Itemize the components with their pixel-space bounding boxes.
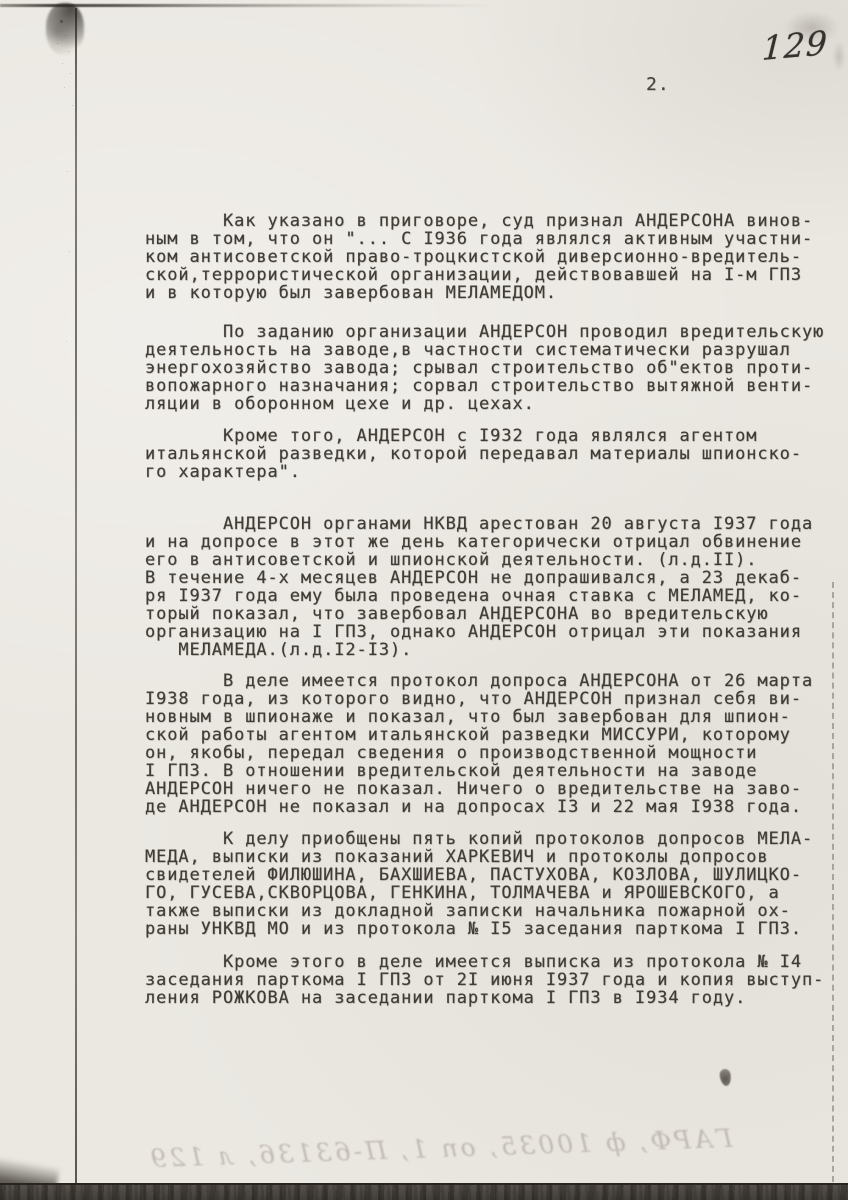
fold-crease-line bbox=[75, 8, 77, 1186]
text-line: ления РОЖКОВА на заседании парткома I ГП… bbox=[145, 989, 840, 1007]
ink-smudge-blotch bbox=[46, 3, 84, 55]
text-line: и в которую был завербован МЕЛАМЕДОМ. bbox=[145, 284, 840, 302]
text-line: де АНДЕРСОН не показал и на допросах I3 … bbox=[145, 798, 840, 816]
text-line: свидетелей ФИЛЮШИНА, БАХШИЕВА, ПАСТУХОВА… bbox=[145, 866, 840, 884]
text-line: вопожарного назначания; сорвал строитель… bbox=[145, 377, 840, 395]
text-line: и на допросе в этот же день категорическ… bbox=[145, 533, 840, 551]
text-line: ря I937 года ему была проведена очная ст… bbox=[145, 587, 840, 605]
paragraph: Кроме этого в деле имеется выписка из пр… bbox=[145, 953, 840, 1007]
text-line: По заданию организации АНДЕРСОН проводил… bbox=[145, 323, 840, 341]
text-line: он, якобы, передал сведения о производст… bbox=[145, 744, 840, 762]
text-line: его в антисоветской и шпионской деятельн… bbox=[145, 551, 840, 569]
text-line: го характера". bbox=[145, 463, 840, 481]
text-line: ком антисоветской право-троцкистской див… bbox=[145, 248, 840, 266]
text-line: МЕЛАМЕДА.(л.д.I2-I3). bbox=[145, 641, 840, 659]
text-line: итальянской разведки, которой передавал … bbox=[145, 445, 840, 463]
text-line: В течение 4-х месяцев АНДЕРСОН не допраш… bbox=[145, 569, 840, 587]
scan-bottom-edge-band bbox=[0, 1183, 848, 1200]
text-line: новным в шпионаже и показал, что был зав… bbox=[145, 708, 840, 726]
typed-page-number: 2. bbox=[646, 74, 670, 95]
archival-note-showthrough: ГАРФ, ф 10035, оп 1, П-63136, л 129 bbox=[128, 1123, 753, 1174]
ink-spot bbox=[719, 1068, 732, 1086]
document-page: 129 2. Как указано в приговоре, суд приз… bbox=[0, 0, 848, 1200]
text-line: АНДЕРСОН органами НКВД арестован 20 авгу… bbox=[145, 515, 840, 533]
paragraph: В деле имеется протокол допроса АНДЕРСОН… bbox=[145, 672, 840, 816]
handwritten-leaf-number: 129 bbox=[761, 23, 829, 68]
paragraph: По заданию организации АНДЕРСОН проводил… bbox=[145, 323, 840, 413]
text-line: ляции в оборонном цехе и др. цехах. bbox=[145, 395, 840, 413]
text-line: I ГПЗ. В отношении вредительской деятель… bbox=[145, 762, 840, 780]
text-line: Как указано в приговоре, суд признал АНД… bbox=[145, 212, 840, 230]
paragraph: АНДЕРСОН органами НКВД арестован 20 авгу… bbox=[145, 515, 840, 659]
text-line: заседания парткома I ГПЗ от 2I июня I937… bbox=[145, 971, 840, 989]
ink-speckles bbox=[60, 20, 63, 23]
text-line: ГО, ГУСЕВА,СКВОРЦОВА, ГЕНКИНА, ТОЛМАЧЕВА… bbox=[145, 884, 840, 902]
text-line: торый показал, что завербовал АНДЕРСОНА … bbox=[145, 605, 840, 623]
text-line: раны УНКВД МО и из протокола № I5 заседа… bbox=[145, 920, 840, 938]
text-line: I938 года, из которого видно, что АНДЕРС… bbox=[145, 690, 840, 708]
text-line: организацию на I ГПЗ, однако АНДЕРСОН от… bbox=[145, 623, 840, 641]
text-line: энергохозяйство завода; срывал строитель… bbox=[145, 359, 840, 377]
paragraph: Как указано в приговоре, суд признал АНД… bbox=[145, 212, 840, 302]
text-line: деятельность на заводе,в частности систе… bbox=[145, 341, 840, 359]
text-line: АНДЕРСОН ничего не показал. Ничего о вре… bbox=[145, 780, 840, 798]
text-line: ской работы агентом итальянской разведки… bbox=[145, 726, 840, 744]
paragraph: К делу приобщены пять копий протоколов д… bbox=[145, 830, 840, 938]
text-line: Кроме того, АНДЕРСОН с I932 года являлся… bbox=[145, 427, 840, 445]
text-line: Кроме этого в деле имеется выписка из пр… bbox=[145, 953, 840, 971]
document-body: Как указано в приговоре, суд признал АНД… bbox=[145, 212, 840, 1007]
paragraph: Кроме того, АНДЕРСОН с I932 года являлся… bbox=[145, 427, 840, 481]
text-line: МЕДА, выписки из показаний ХАРКЕВИЧ и пр… bbox=[145, 848, 840, 866]
text-line: также выписки из докладной записки начал… bbox=[145, 902, 840, 920]
text-line: В деле имеется протокол допроса АНДЕРСОН… bbox=[145, 672, 840, 690]
text-line: ным в том, что он "... С I936 года являл… bbox=[145, 230, 840, 248]
text-line: ской,террористической организации, дейст… bbox=[145, 266, 840, 284]
text-line: К делу приобщены пять копий протоколов д… bbox=[145, 830, 840, 848]
scan-top-edge-line bbox=[0, 4, 580, 7]
